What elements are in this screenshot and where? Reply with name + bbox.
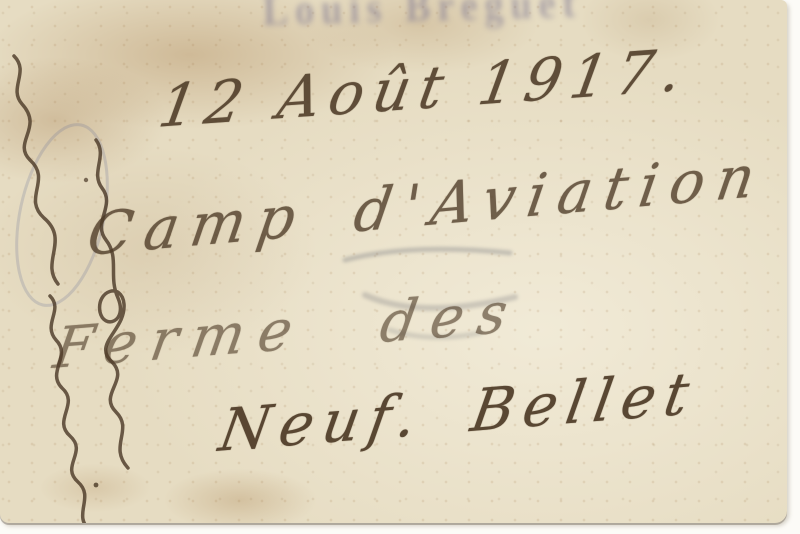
handwritten-date: 12 Août 1917. — [154, 35, 696, 141]
faded-rubber-stamp: Louis Breguet — [262, 0, 583, 37]
postcard: Louis Breguet 12 Août 1917. Camp d'Aviat… — [0, 0, 787, 523]
handwritten-line-neuf-bellet: Neuf. Bellet — [214, 358, 702, 465]
